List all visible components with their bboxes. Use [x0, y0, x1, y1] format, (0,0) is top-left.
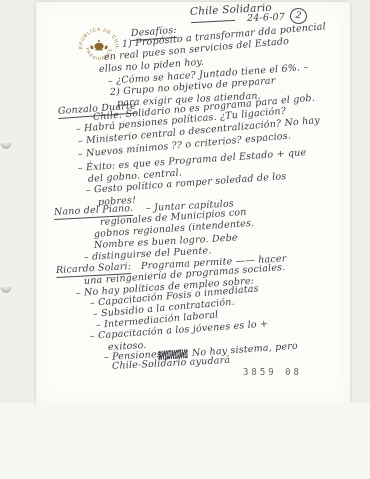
scanned-note-page: REPUBLICA DE CHILE PRESIDENTE Chile Soli… — [0, 0, 370, 479]
punch-hole — [1, 287, 11, 293]
archive-stamp-number: 3859 08 — [243, 368, 302, 379]
coat-of-arms-icon — [90, 39, 107, 50]
scanner-background — [0, 403, 370, 479]
note-date: 24-6-07 — [247, 13, 285, 24]
punch-hole — [1, 143, 11, 149]
